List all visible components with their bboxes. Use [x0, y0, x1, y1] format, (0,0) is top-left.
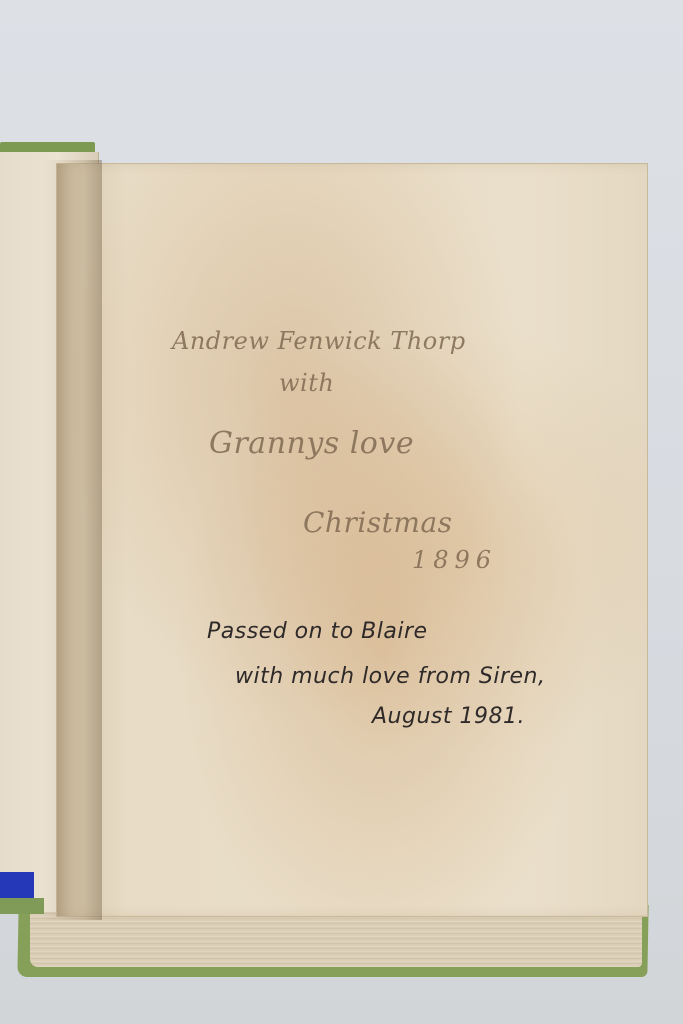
inscription-name: Andrew Fenwick Thorp [172, 327, 466, 355]
inscription-with-love: with much love from Siren, [235, 664, 545, 689]
blue-label [0, 872, 34, 900]
gutter-shadow [42, 160, 102, 920]
endpaper-page: Andrew Fenwick Thorp with Grannys love C… [56, 163, 648, 917]
inscription-with: with [279, 369, 334, 397]
book-photo: Andrew Fenwick Thorp with Grannys love C… [0, 0, 683, 1024]
inscription-passed-on: Passed on to Blaire [207, 619, 428, 644]
inscription-christmas: Christmas [303, 506, 453, 539]
cover-corner [0, 898, 44, 914]
inscription-grannys-love: Grannys love [209, 426, 414, 461]
inscription-year-1896: 1896 [412, 546, 497, 574]
inscription-date-1981: August 1981. [372, 704, 525, 729]
